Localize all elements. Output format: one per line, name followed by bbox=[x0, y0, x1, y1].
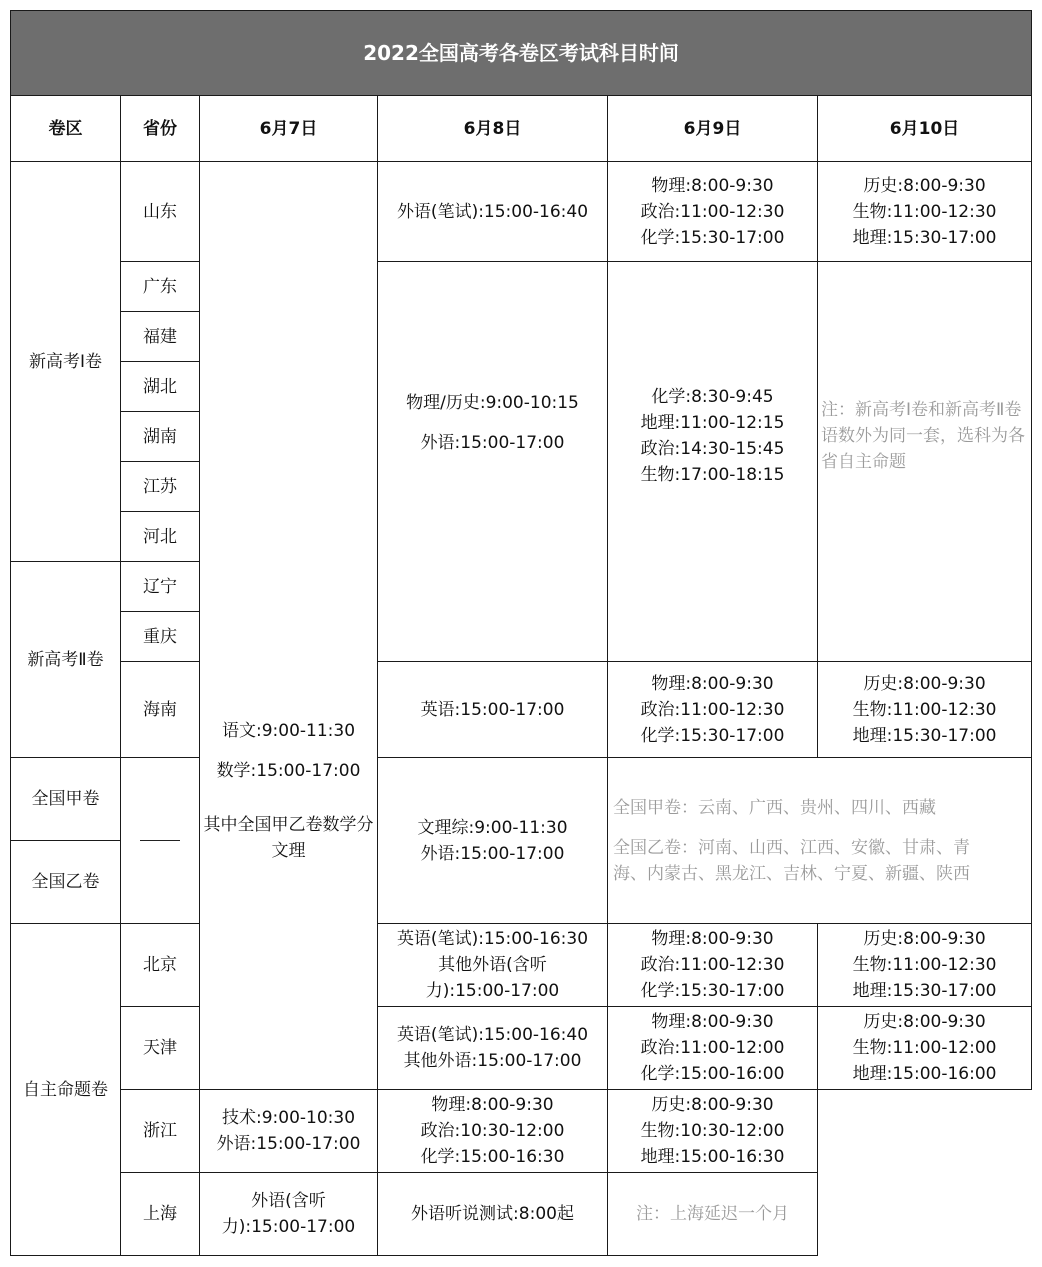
june9-shanghai: 外语听说测试:8:00起 bbox=[378, 1173, 608, 1256]
june8-national: 文理综:9:00-11:30 外语:15:00-17:00 bbox=[378, 758, 608, 924]
region-quanguo-yi: 全国乙卷 bbox=[11, 841, 121, 924]
national-provinces-note: 全国甲卷：云南、广西、贵州、四川、西藏 全国乙卷：河南、山西、江西、安徽、甘肃、… bbox=[608, 758, 1032, 924]
june7-math: 数学:15:00-17:00 bbox=[203, 758, 374, 784]
province-national bbox=[121, 758, 200, 924]
june10-group-note: 注：新高考Ⅰ卷和新高考Ⅱ卷语数外为同一套，选科为各省自主命题 bbox=[818, 262, 1032, 662]
table-row: 新高考Ⅰ卷 山东 语文:9:00-11:30 数学:15:00-17:00 其中… bbox=[11, 162, 1032, 262]
june8-shanghai: 外语(含听力):15:00-17:00 bbox=[200, 1173, 378, 1256]
region-quanguo-jia: 全国甲卷 bbox=[11, 758, 121, 841]
province-fujian: 福建 bbox=[121, 312, 200, 362]
table-row: 浙江 技术:9:00-10:30 外语:15:00-17:00 物理:8:00-… bbox=[11, 1090, 1032, 1173]
header-province: 省份 bbox=[121, 96, 200, 162]
province-hunan: 湖南 bbox=[121, 412, 200, 462]
june9-shandong: 物理:8:00-9:30 政治:11:00-12:30 化学:15:30-17:… bbox=[608, 162, 818, 262]
june9-hainan: 物理:8:00-9:30 政治:11:00-12:30 化学:15:30-17:… bbox=[608, 662, 818, 758]
province-zhejiang: 浙江 bbox=[121, 1090, 200, 1173]
table-row: 广东 物理/历史:9:00-10:15 外语:15:00-17:00 化学:8:… bbox=[11, 262, 1032, 312]
june10-zhejiang: 历史:8:00-9:30 生物:10:30-12:00 地理:15:00-16:… bbox=[608, 1090, 818, 1173]
june8-hainan: 英语:15:00-17:00 bbox=[378, 662, 608, 758]
june9-tianjin: 物理:8:00-9:30 政治:11:00-12:00 化学:15:00-16:… bbox=[608, 1007, 818, 1090]
header-june10: 6月10日 bbox=[818, 96, 1032, 162]
june10-beijing: 历史:8:00-9:30 生物:11:00-12:30 地理:15:30-17:… bbox=[818, 924, 1032, 1007]
header-region: 卷区 bbox=[11, 96, 121, 162]
header-june7: 6月7日 bbox=[200, 96, 378, 162]
june7-cell: 语文:9:00-11:30 数学:15:00-17:00 其中全国甲乙卷数学分文… bbox=[200, 162, 378, 1090]
june8-group: 物理/历史:9:00-10:15 外语:15:00-17:00 bbox=[378, 262, 608, 662]
table-row: 海南 英语:15:00-17:00 物理:8:00-9:30 政治:11:00-… bbox=[11, 662, 1032, 758]
dash-placeholder bbox=[140, 840, 180, 841]
june10-shanghai-note: 注：上海延迟一个月 bbox=[608, 1173, 818, 1256]
june10-hainan: 历史:8:00-9:30 生物:11:00-12:30 地理:15:30-17:… bbox=[818, 662, 1032, 758]
june9-group: 化学:8:30-9:45 地理:11:00-12:15 政治:14:30-15:… bbox=[608, 262, 818, 662]
june9-beijing: 物理:8:00-9:30 政治:11:00-12:30 化学:15:30-17:… bbox=[608, 924, 818, 1007]
table-title: 2022全国高考各卷区考试科目时间 bbox=[11, 11, 1032, 96]
june8-beijing: 英语(笔试):15:00-16:30 其他外语(含听力):15:00-17:00 bbox=[378, 924, 608, 1007]
region-xingaokao2: 新高考Ⅱ卷 bbox=[11, 562, 121, 758]
province-liaoning: 辽宁 bbox=[121, 562, 200, 612]
province-shandong: 山东 bbox=[121, 162, 200, 262]
table-row: 上海 外语(含听力):15:00-17:00 外语听说测试:8:00起 注：上海… bbox=[11, 1173, 1032, 1256]
table-row: 全国甲卷 文理综:9:00-11:30 外语:15:00-17:00 全国甲卷：… bbox=[11, 758, 1032, 841]
province-hebei: 河北 bbox=[121, 512, 200, 562]
june9-zhejiang: 物理:8:00-9:30 政治:10:30-12:00 化学:15:00-16:… bbox=[378, 1090, 608, 1173]
june8-zhejiang: 技术:9:00-10:30 外语:15:00-17:00 bbox=[200, 1090, 378, 1173]
province-beijing: 北京 bbox=[121, 924, 200, 1007]
province-chongqing: 重庆 bbox=[121, 612, 200, 662]
june10-shandong: 历史:8:00-9:30 生物:11:00-12:30 地理:15:30-17:… bbox=[818, 162, 1032, 262]
province-hubei: 湖北 bbox=[121, 362, 200, 412]
header-row: 卷区 省份 6月7日 6月8日 6月9日 6月10日 bbox=[11, 96, 1032, 162]
june7-note: 其中全国甲乙卷数学分文理 bbox=[203, 812, 374, 864]
june8-shandong: 外语(笔试):15:00-16:40 bbox=[378, 162, 608, 262]
table-row: 天津 英语(笔试):15:00-16:40 其他外语:15:00-17:00 物… bbox=[11, 1007, 1032, 1090]
header-june9: 6月9日 bbox=[608, 96, 818, 162]
province-guangdong: 广东 bbox=[121, 262, 200, 312]
province-tianjin: 天津 bbox=[121, 1007, 200, 1090]
province-shanghai: 上海 bbox=[121, 1173, 200, 1256]
june7-chinese: 语文:9:00-11:30 bbox=[203, 718, 374, 744]
header-june8: 6月8日 bbox=[378, 96, 608, 162]
june10-tianjin: 历史:8:00-9:30 生物:11:00-12:00 地理:15:00-16:… bbox=[818, 1007, 1032, 1090]
region-xingaokao1: 新高考Ⅰ卷 bbox=[11, 162, 121, 562]
province-jiangsu: 江苏 bbox=[121, 462, 200, 512]
june8-tianjin: 英语(笔试):15:00-16:40 其他外语:15:00-17:00 bbox=[378, 1007, 608, 1090]
table-row: 自主命题卷 北京 英语(笔试):15:00-16:30 其他外语(含听力):15… bbox=[11, 924, 1032, 1007]
exam-schedule-table: 2022全国高考各卷区考试科目时间 卷区 省份 6月7日 6月8日 6月9日 6… bbox=[10, 10, 1032, 1256]
province-hainan: 海南 bbox=[121, 662, 200, 758]
region-zizhu: 自主命题卷 bbox=[11, 924, 121, 1256]
